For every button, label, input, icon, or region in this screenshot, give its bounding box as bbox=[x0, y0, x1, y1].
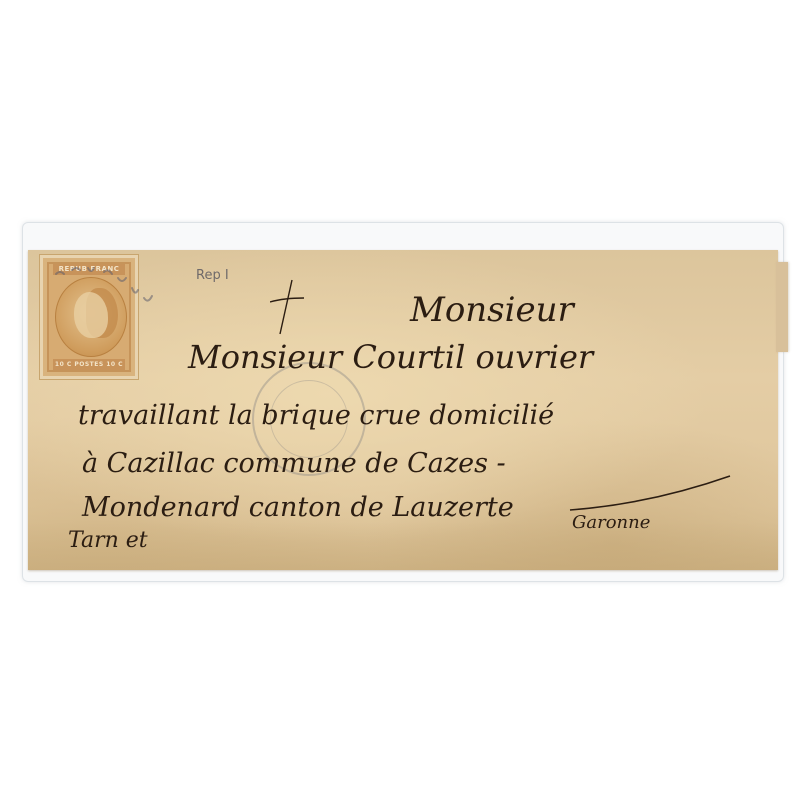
address-department-left: Tarn et bbox=[68, 528, 148, 553]
address-line-2: Monsieur Courtil ouvrier bbox=[188, 338, 593, 376]
stamp-bottom-legend: 10 C POSTES 10 C bbox=[53, 359, 125, 370]
cross-mark-icon bbox=[270, 278, 310, 336]
folded-edge bbox=[776, 262, 788, 352]
signature-flourish bbox=[560, 470, 740, 520]
address-line-4: à Cazillac commune de Cazes - bbox=[82, 448, 506, 479]
address-line-3: travaillant la brique crue domicilié bbox=[78, 400, 554, 431]
address-line-5: Mondenard canton de Lauzerte bbox=[82, 492, 514, 523]
pencil-note: Rep I bbox=[196, 268, 229, 283]
cancellation-mark bbox=[48, 258, 198, 318]
image-canvas: REPUB FRANC 10 C POSTES 10 C Rep I Monsi… bbox=[0, 0, 800, 800]
address-line-1: Monsieur bbox=[410, 290, 574, 330]
